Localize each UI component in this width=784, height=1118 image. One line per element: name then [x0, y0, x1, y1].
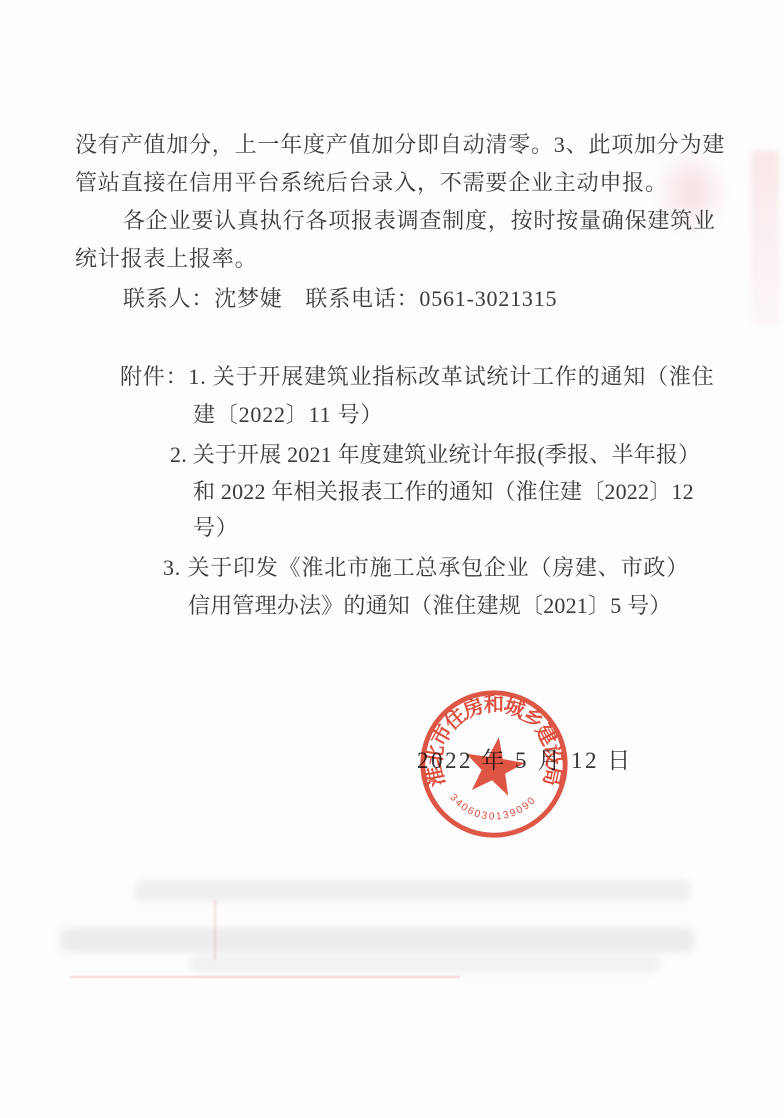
body-line: 管站直接在信用平台系统后台录入，不需要企业主动申报。	[75, 168, 668, 198]
bleed-through-artifact	[214, 900, 216, 960]
body-line: 没有产值加分，上一年度产值加分即自动清零。3、此项加分为建	[75, 130, 725, 160]
body-line: 各企业要认真执行各项报表调查制度，按时按量确保建筑业	[123, 206, 716, 236]
bleed-through-artifact	[190, 955, 660, 973]
seal-star-icon	[461, 732, 528, 797]
bleed-through-artifact	[135, 880, 690, 902]
official-seal-stamp: 淮北市住房和城乡建设局 3406030139090	[416, 686, 572, 842]
attachment-line: 和 2022 年相关报表工作的通知（淮住建〔2022〕12	[193, 477, 694, 507]
attachment-line: 号）	[193, 513, 239, 543]
attachment-line: 2. 关于开展 2021 年度建筑业统计年报(季报、半年报）	[170, 440, 700, 470]
attachment-line: 建〔2022〕11 号）	[193, 400, 383, 430]
attachment-line: 3. 关于印发《淮北市施工总承包企业（房建、市政）	[163, 553, 689, 583]
bleed-through-artifact	[60, 928, 695, 952]
attachment-line: 信用管理办法》的通知（淮住建规〔2021〕5 号）	[188, 591, 672, 621]
seal-code-text: 3406030139090	[447, 792, 537, 822]
attachment-line: 附件：1. 关于开展建筑业指标改革试统计工作的通知（淮住	[120, 362, 714, 392]
contact-line: 联系人：沈梦婕 联系电话：0561-3021315	[123, 284, 557, 314]
bleed-through-artifact	[70, 976, 460, 978]
document-page: 没有产值加分，上一年度产值加分即自动清零。3、此项加分为建 管站直接在信用平台系…	[0, 0, 784, 1118]
body-line: 统计报表上报率。	[75, 244, 257, 274]
bleed-through-artifact	[751, 150, 779, 325]
